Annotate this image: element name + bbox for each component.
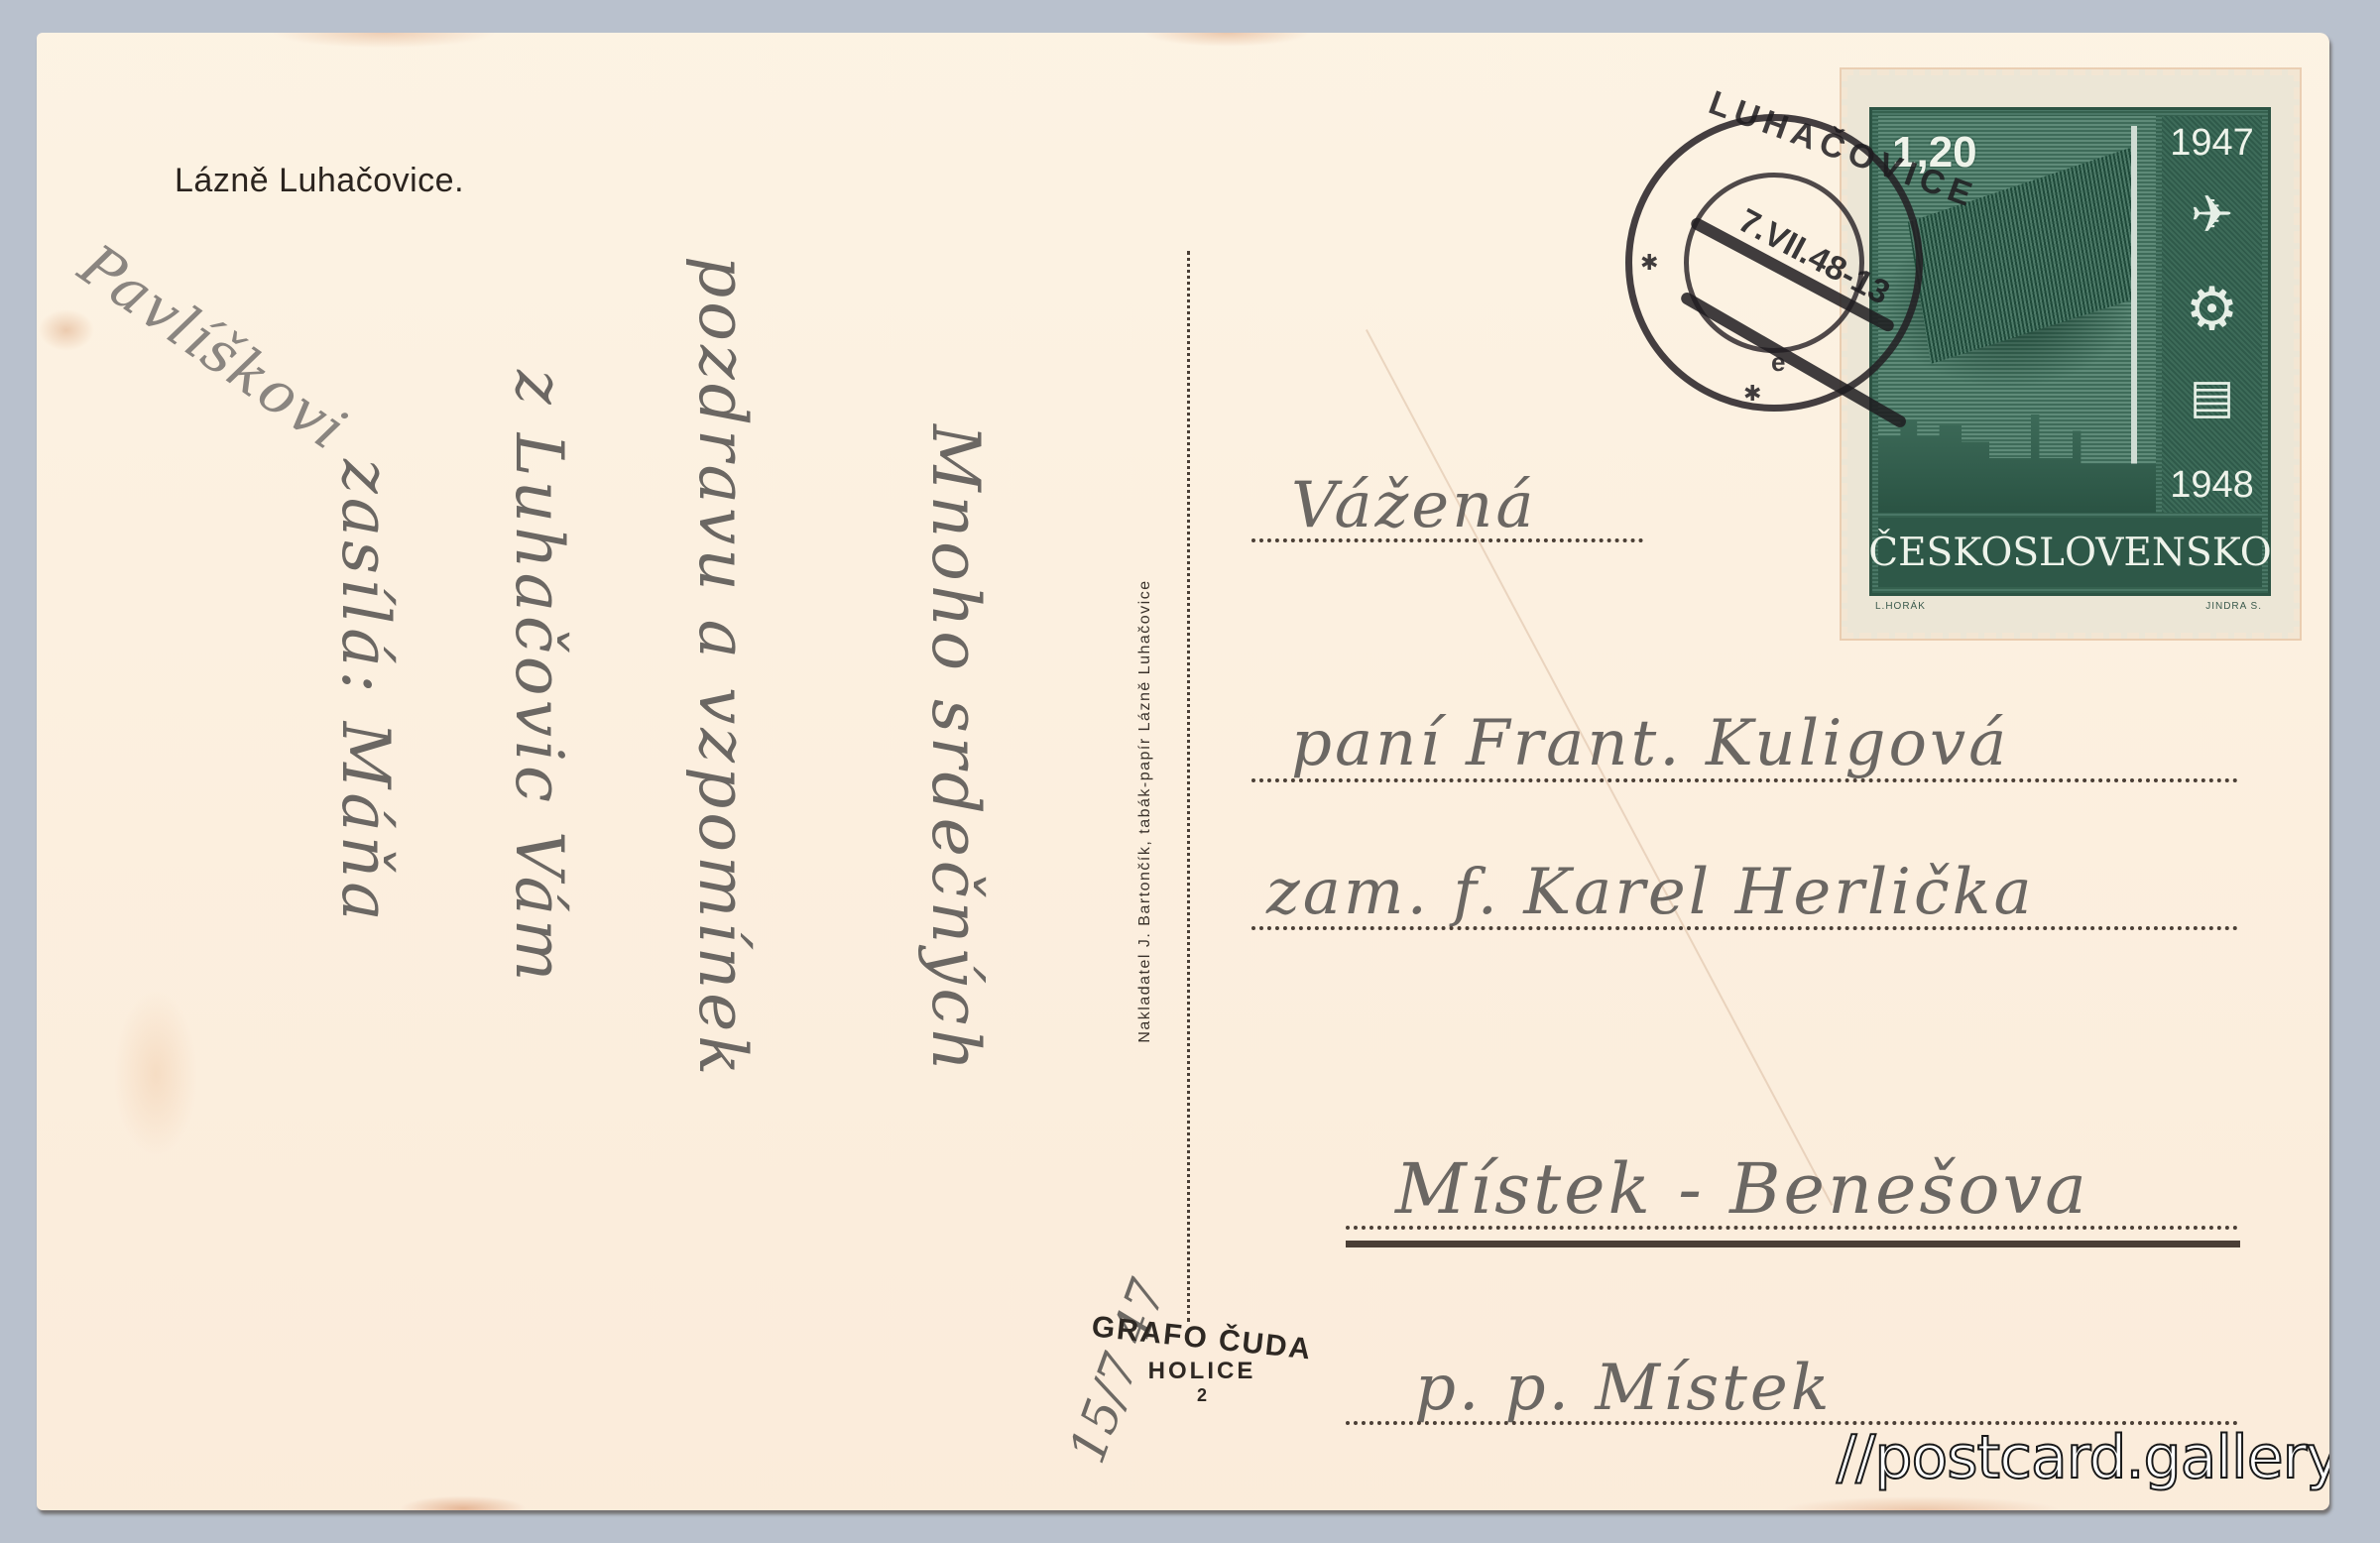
address-line-1: Vážená [1291,469,1536,542]
gear-wheel-icon: ⚙ [2162,275,2262,344]
stamp-designer-left: L.HORÁK [1875,601,1926,612]
stamp-engraver-right: JINDRA S. [2205,601,2262,612]
postmark-letter: e [1771,347,1785,378]
address-line-2: paní Frant. Kuligová [1291,707,2009,780]
address-rule-1 [1251,538,1643,542]
publisher-imprint: Nakladatel J. Bartončík, tabák-papír Láz… [1136,415,1154,1208]
flagpole [2131,126,2137,513]
message-line-2: pozdravu a vzpomínek [684,256,761,1079]
stamp-side-panel: 1947 ✈ ⚙ ▤ 1948 [2162,116,2262,513]
stamp-year-start: 1947 [2162,122,2262,165]
printer-stamp-number: 2 [1073,1385,1331,1406]
vertical-divider [1187,251,1190,1322]
address-line-3: zam. f. Karel Herlička [1266,856,2035,929]
postcard-back: Lázně Luhačovice. Nakladatel J. Bartončí… [37,33,2329,1510]
book-icon: ▤ [2162,369,2262,424]
address-line-4: Místek - Benešova [1395,1148,2089,1230]
message-line-4-signature: zasílá: Máňa [327,459,404,925]
printed-title: Lázně Luhačovice. [175,162,464,200]
address-rule-4 [1346,1226,2238,1230]
airplane-icon: ✈ [2162,185,2262,245]
stamp-year-end: 1948 [2162,464,2262,507]
postmark: LUHAČOVICE 7.VII.48-13 e ✱ ✱ [1625,114,1923,412]
site-watermark: //postcard.gallery [1837,1423,2329,1492]
star-icon: ✱ [1743,381,1761,407]
star-icon: ✱ [1640,250,1658,276]
message-line-3: z Luhačovic Vám [501,370,577,986]
address-rule-3 [1251,926,2238,930]
factory-icon [1878,404,2156,513]
address-rule-solid [1346,1241,2240,1247]
recipient-family-note: Pavlíškovi [67,231,360,464]
address-rule-2 [1251,778,2238,782]
printer-stamp: GRAFO ČUDA HOLICE 2 [1073,1322,1331,1406]
message-line-1: Mnoho srdečných [917,424,994,1075]
address-line-5: p. p. Místek [1415,1352,1833,1425]
stamp-country: ČESKOSLOVENSKO [1878,518,2262,587]
